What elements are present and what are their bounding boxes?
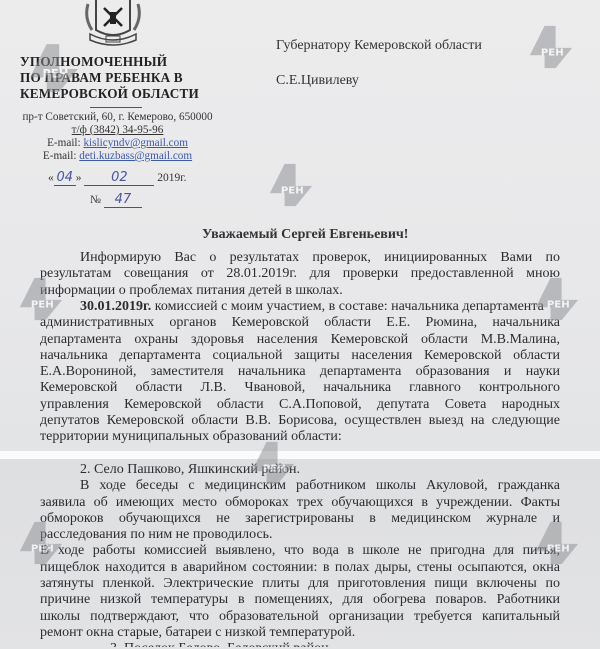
text-line: Информирую Вас о результатах проверок, и… [40, 250, 560, 266]
text-line: ремонт окна старые, батареи с низкой тем… [40, 625, 560, 641]
text-line: заявила об имеющих место обмороках трех … [40, 495, 560, 511]
text-line: административных органов Кемеровской обл… [40, 315, 560, 331]
page-fold-gap [0, 451, 600, 459]
svg-text:РЕН: РЕН [547, 543, 570, 554]
number-value: 47 [104, 192, 142, 208]
ren-watermark-icon: РЕН [528, 24, 574, 70]
ren-watermark-icon: РЕН [534, 276, 580, 322]
ren-watermark-icon: РЕН [534, 520, 580, 566]
text-fragment: комиссией с моим участием, в составе: на… [151, 299, 544, 314]
header-divider [90, 107, 142, 108]
svg-text:РЕН: РЕН [31, 543, 54, 554]
text-line: расследования по ним не проводилось. [40, 527, 560, 543]
inspection-date: 30.01.2019г. [80, 299, 151, 314]
text-line: депутатов Кемеровской области В.В. Борис… [40, 413, 560, 429]
text-line: результатам совещания от 28.01.2019г. дл… [40, 266, 560, 282]
text-line: Е.А.Ворониной, заместителя начальника де… [40, 364, 560, 380]
text-line: В ходе беседы с медицинским работником ш… [40, 478, 560, 494]
text-line: территории муниципальных образований обл… [40, 429, 560, 445]
text-line: информации о проблемах питания детей в ш… [40, 283, 560, 299]
text-line: 30.01.2019г. комиссией с моим участием, … [40, 299, 560, 315]
addressee-name: С.Е.Цивилеву [276, 73, 482, 89]
email-link-2[interactable]: deti.kuzbass@gmail.com [79, 150, 192, 162]
svg-text:РЕН: РЕН [541, 47, 564, 58]
svg-text:РЕН: РЕН [547, 299, 570, 310]
text-line: обмороков обучающихся не зарегистрирован… [40, 511, 560, 527]
paragraph-2: 30.01.2019г. комиссией с моим участием, … [40, 299, 560, 446]
text-line: пищеблок находится в аварийном состоянии… [40, 560, 560, 576]
text-line-cut: 3. Поселок Белово, Беловский район [40, 641, 560, 647]
text-line: затянуты пленкой. Электрические плиты дл… [40, 576, 560, 592]
greeting: Уважаемый Сергей Евгеньевич! [202, 227, 408, 243]
paragraph-1: Информирую Вас о результатах проверок, и… [40, 250, 560, 299]
text-line: департамента охраны здоровья населения К… [40, 332, 560, 348]
text-line: Кемеровской области Л.В. Чвановой, начал… [40, 380, 560, 396]
svg-text:РЕН: РЕН [31, 299, 54, 310]
text-line: В ходе работы комиссией выявлено, что во… [40, 543, 560, 559]
ren-watermark-icon: РЕН [28, 42, 80, 94]
ren-watermark-icon: РЕН [18, 520, 64, 566]
email-link-1[interactable]: kislicyndv@gmail.com [83, 137, 187, 149]
number-label: № [90, 194, 101, 206]
text-line: школы подтверждают, что образовательной … [40, 609, 560, 625]
contact-block: пр-т Советский, 60, г. Кемерово, 650000 … [0, 111, 235, 163]
phone-number: т/ф (3842) 34-95-96 [0, 124, 235, 137]
postal-address: пр-т Советский, 60, г. Кемерово, 650000 [0, 111, 235, 124]
ren-watermark-icon: РЕН [250, 440, 296, 486]
text-line: управления Кемеровской области С.А.Попов… [40, 397, 560, 413]
coat-of-arms-icon [82, 0, 144, 46]
text-line: начальника департамента социальной защит… [40, 348, 560, 364]
email-row-1: E-mail: kislicyndv@gmail.com [0, 137, 235, 150]
section-title: 2. Село Пашково, Яшкинский район. [40, 462, 560, 478]
svg-text:РЕН: РЕН [263, 463, 286, 474]
addressee-block: Губернатору Кемеровской области С.Е.Циви… [276, 38, 482, 108]
letter-number: № 47 [90, 192, 142, 208]
section-2: 2. Село Пашково, Яшкинский район. В ходе… [40, 462, 560, 647]
svg-text:РЕН: РЕН [43, 66, 69, 80]
ren-watermark-icon: РЕН [18, 276, 64, 322]
svg-text:РЕН: РЕН [281, 185, 304, 196]
date-month: 02 [84, 170, 154, 186]
text-line: причине низкой температуры в помещениях,… [40, 592, 560, 608]
email-row-2: E-mail: deti.kuzbass@gmail.com [0, 150, 235, 163]
date-day: 04 [54, 170, 76, 186]
addressee-title: Губернатору Кемеровской области [276, 38, 482, 54]
email-label: E-mail: [43, 150, 77, 162]
letter-date: «04» 02 2019г. [48, 170, 187, 186]
date-year: 2019г. [157, 172, 186, 184]
ren-watermark-icon: РЕН [268, 162, 314, 208]
email-label: E-mail: [47, 137, 81, 149]
